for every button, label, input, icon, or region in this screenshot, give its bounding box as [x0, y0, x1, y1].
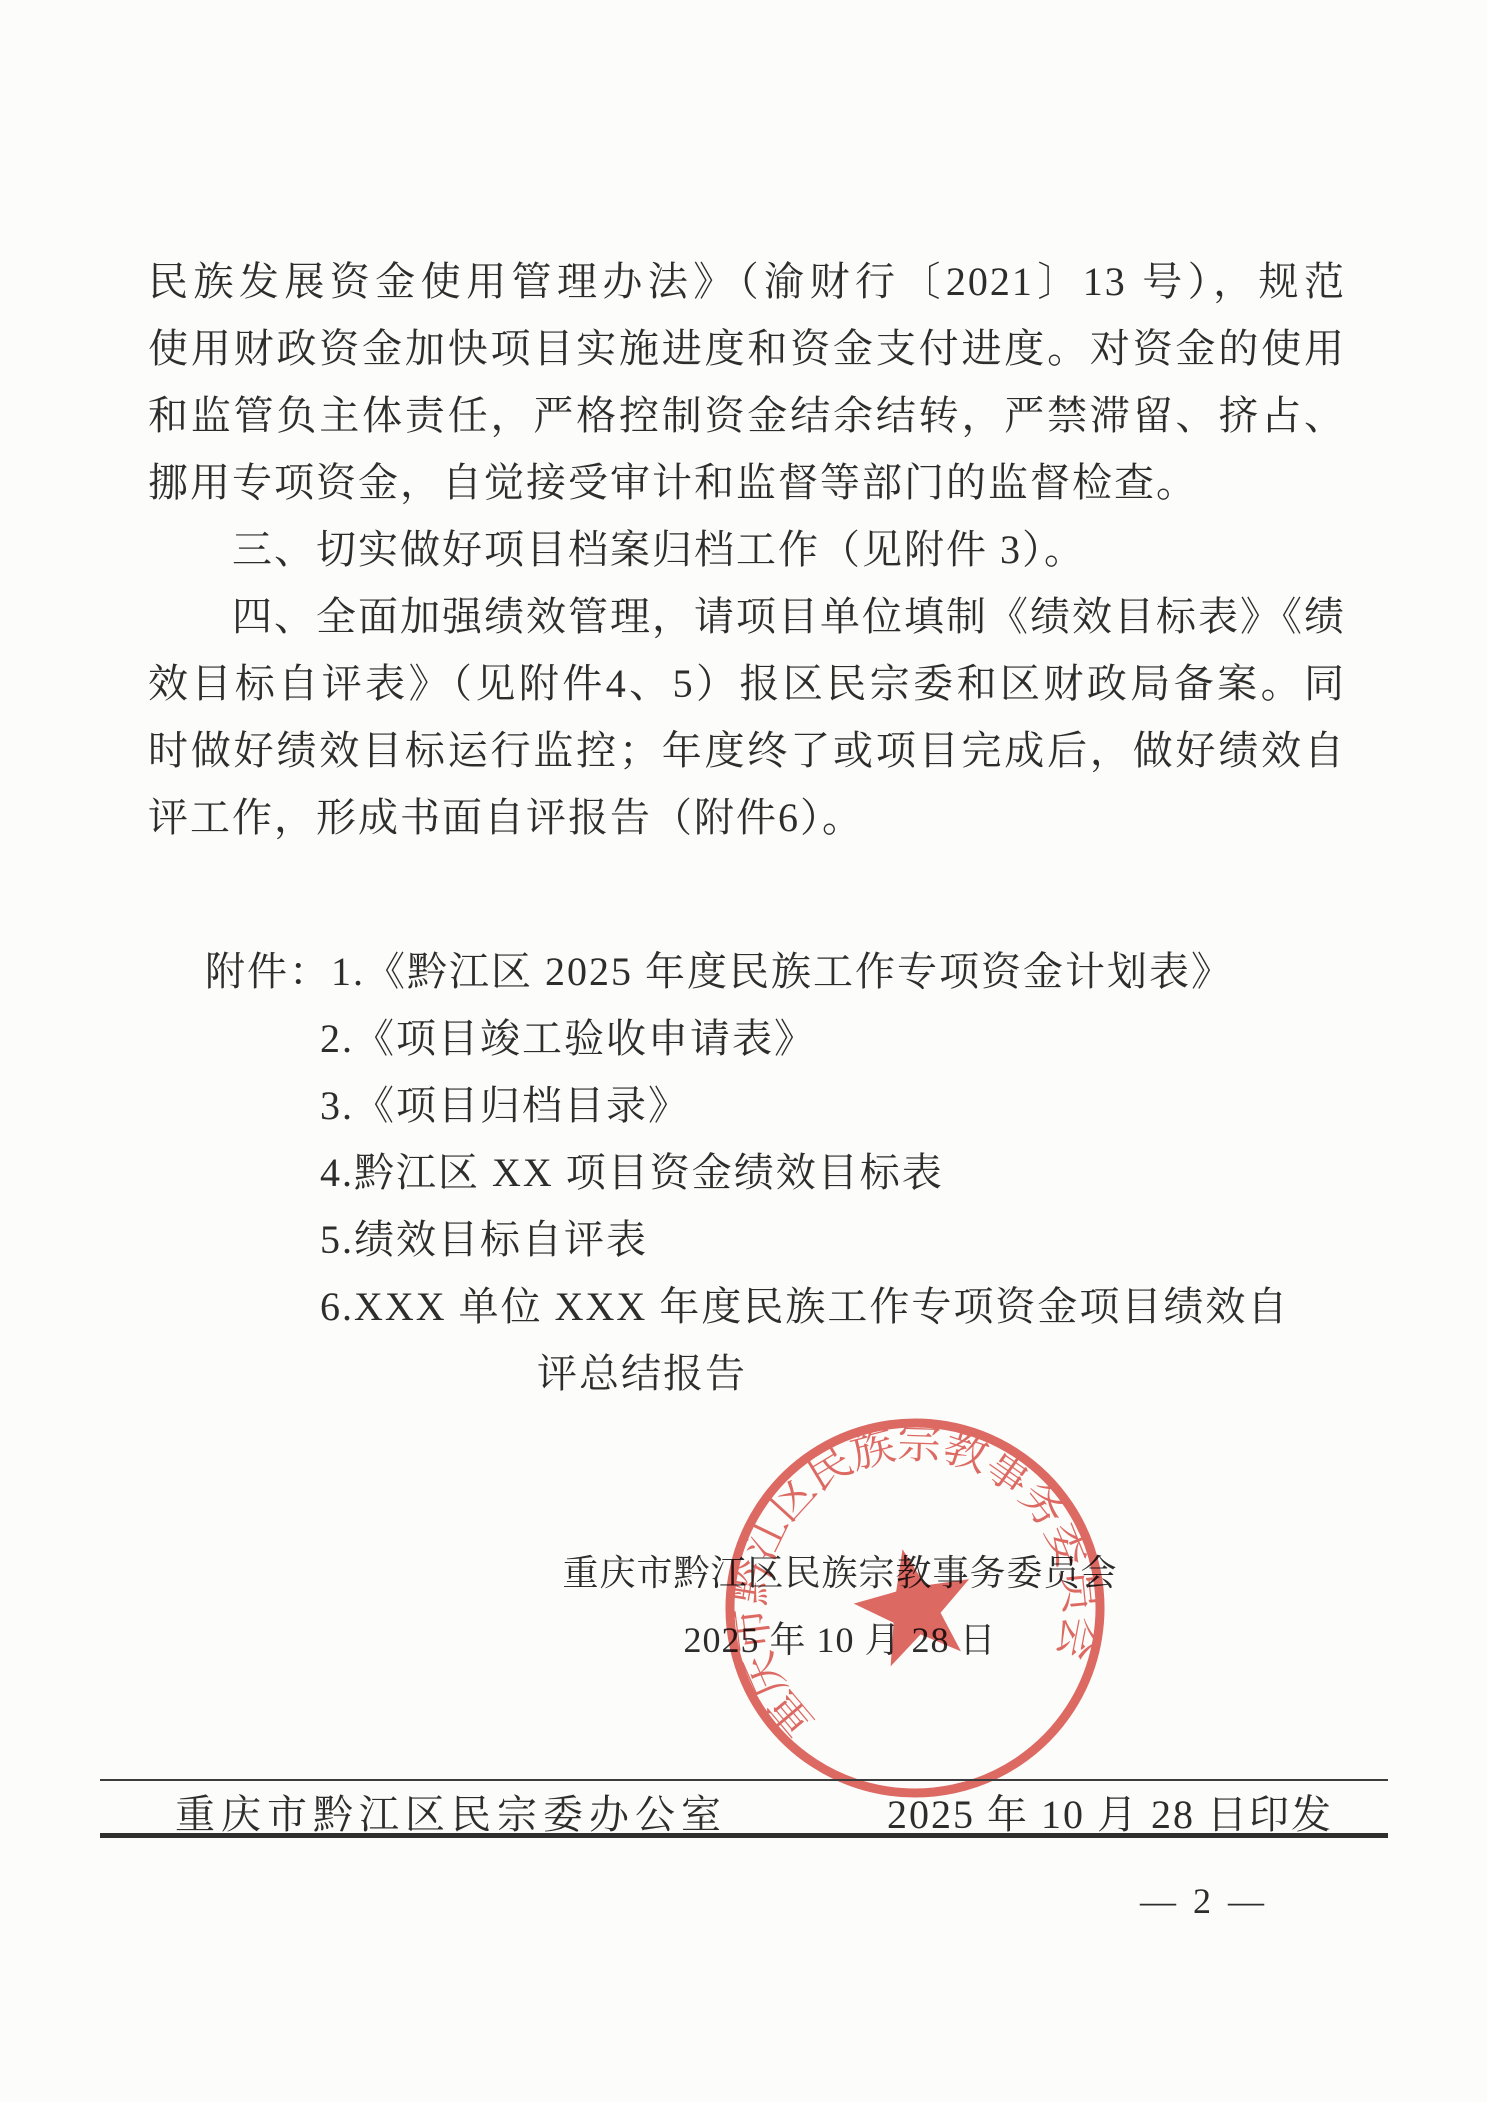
body-line: 使用财政资金加快项目实施进度和资金支付进度。对资金的使用 — [148, 315, 1346, 382]
body-line: 效目标自评表》（见附件4、5）报区民宗委和区财政局备案。同 — [148, 650, 1346, 717]
attachment-item-continuation: 评总结报告 — [205, 1340, 1305, 1407]
body-line: 民族发展资金使用管理办法》（渝财行〔2021〕13 号），规范 — [148, 248, 1346, 315]
attachment-item: 3.《项目归档目录》 — [205, 1072, 1305, 1139]
attachment-item: 5.绩效目标自评表 — [205, 1206, 1305, 1273]
scanned-document-page: 民族发展资金使用管理办法》（渝财行〔2021〕13 号），规范 使用财政资金加快… — [0, 0, 1487, 2102]
body-line: 四、全面加强绩效管理，请项目单位填制《绩效目标表》《绩 — [148, 583, 1346, 650]
body-line: 时做好绩效目标运行监控；年度终了或项目完成后，做好绩效自 — [148, 717, 1346, 784]
body-line: 和监管负主体责任，严格控制资金结余结转，严禁滞留、挤占、 — [148, 382, 1346, 449]
attachment-item: 2.《项目竣工验收申请表》 — [205, 1005, 1305, 1072]
footer-print-date: 2025 年 10 月 28 日印发 — [887, 1783, 1333, 1840]
footer-rule-bottom — [100, 1833, 1388, 1838]
footer: 重庆市黔江区民宗委办公室 2025 年 10 月 28 日印发 — [175, 1789, 1333, 1833]
attachment-item: 6.XXX 单位 XXX 年度民族工作专项资金项目绩效自 — [205, 1273, 1305, 1340]
body-line: 评工作，形成书面自评报告（附件6）。 — [148, 784, 1346, 851]
body-text: 民族发展资金使用管理办法》（渝财行〔2021〕13 号），规范 使用财政资金加快… — [148, 248, 1346, 851]
signature-organization: 重庆市黔江区民族宗教事务委员会 — [540, 1540, 1140, 1607]
footer-rule-top — [100, 1779, 1388, 1781]
signature-block: 重庆市黔江区民族宗教事务委员会 2025 年 10 月 28 日 — [540, 1540, 1140, 1674]
attachment-item: 4.黔江区 XX 项目资金绩效目标表 — [205, 1139, 1305, 1206]
attachments-list: 附件：1.《黔江区 2025 年度民族工作专项资金计划表》 2.《项目竣工验收申… — [205, 938, 1305, 1407]
body-line: 挪用专项资金，自觉接受审计和监督等部门的监督检查。 — [148, 449, 1346, 516]
page-number: — 2 — — [1140, 1880, 1268, 1922]
body-line: 三、切实做好项目档案归档工作（见附件 3）。 — [148, 516, 1346, 583]
attachment-item: 附件：1.《黔江区 2025 年度民族工作专项资金计划表》 — [205, 938, 1305, 1005]
footer-issuing-office: 重庆市黔江区民宗委办公室 — [175, 1783, 727, 1840]
attachments-label: 附件： — [205, 938, 331, 1005]
attachment-item-text: 1.《黔江区 2025 年度民族工作专项资金计划表》 — [331, 949, 1233, 994]
signature-date: 2025 年 10 月 28 日 — [540, 1607, 1140, 1674]
